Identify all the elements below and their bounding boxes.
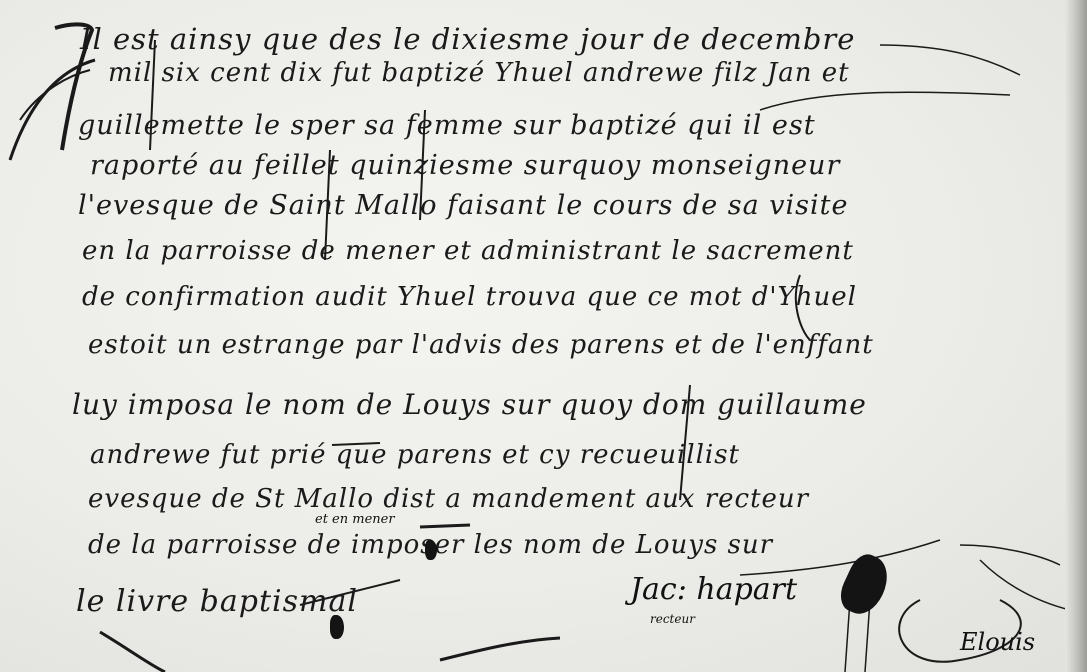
text-line-10: andrewe fut prié que parens et cy recueu…: [90, 440, 740, 470]
text-line-9: luy imposa le nom de Louys sur quoy dom …: [72, 388, 867, 421]
text-line-3: guillemette le sper sa femme sur baptizé…: [78, 110, 816, 141]
manuscript-page: Il est ainsy que des le dixiesme jour de…: [0, 0, 1087, 672]
text-line-6: en la parroisse de mener et administrant…: [82, 236, 854, 266]
ink-blot-small-2: [425, 540, 437, 560]
signature-name: Jac: hapart: [630, 572, 797, 607]
ink-blot: [834, 549, 896, 620]
interlinear-note: et en mener: [315, 512, 395, 527]
page-edge: [1065, 0, 1087, 672]
text-line-4: raporté au feillet quinziesme surquoy mo…: [90, 150, 840, 181]
text-line-2: mil six cent dix fut baptizé Yhuel andre…: [108, 58, 850, 88]
text-line-5: l'evesque de Saint Mallo faisant le cour…: [78, 190, 849, 221]
text-line-8: estoit un estrange par l'advis des paren…: [88, 330, 874, 360]
signature-flourish: Elouis: [960, 628, 1035, 656]
text-line-1: Il est ainsy que des le dixiesme jour de…: [80, 22, 855, 56]
text-line-7: de confirmation audit Yhuel trouva que c…: [82, 282, 857, 312]
text-line-11: evesque de St Mallo dist a mandement aux…: [88, 484, 809, 514]
text-line-13: le livre baptismal: [76, 584, 358, 619]
ink-blot-small: [330, 615, 344, 639]
signature-subscript: recteur: [650, 612, 695, 626]
